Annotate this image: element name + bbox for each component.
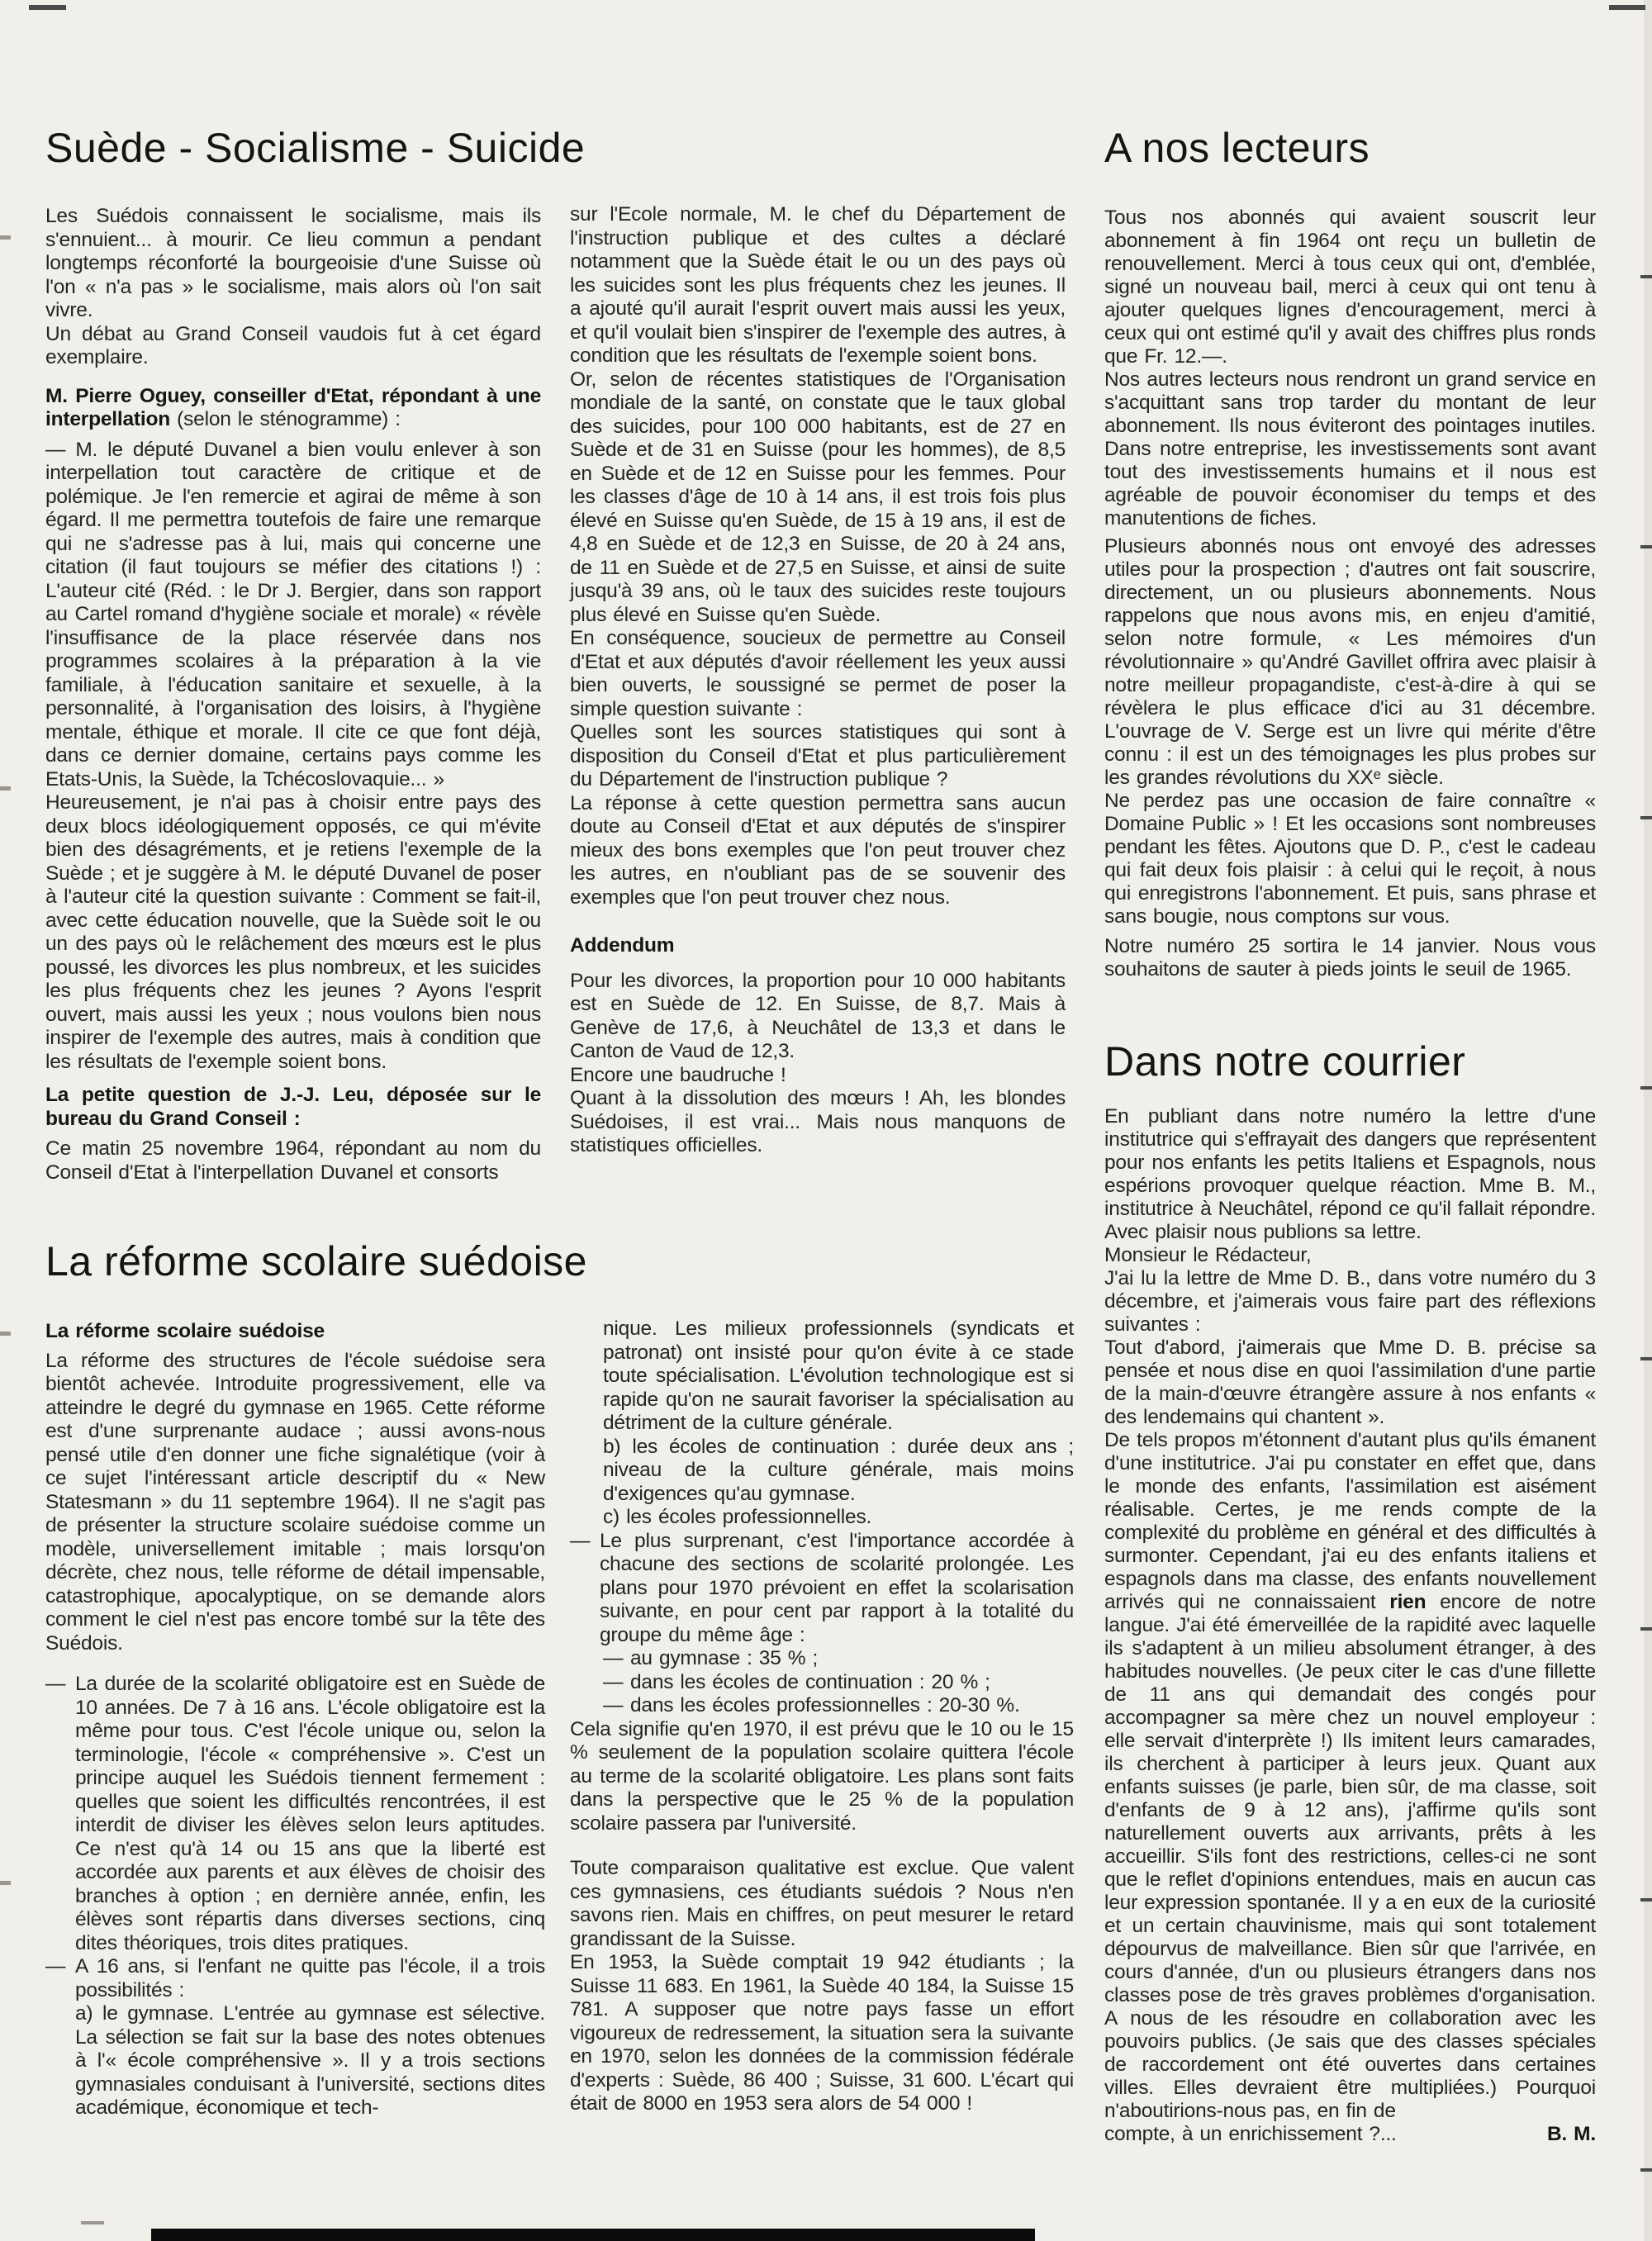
crop-mark-right-3 [1640,816,1652,819]
paragraph: Nos autres lecteurs nous rendront un gra… [1104,368,1596,530]
paragraph: Un débat au Grand Conseil vaudois fut à … [45,323,541,370]
paragraph: — M. le député Duvanel a bien voulu enle… [45,439,541,792]
dash-marker: — [45,1955,75,1979]
paragraph: Quant à la dissolution des mœurs ! Ah, l… [570,1087,1066,1158]
dash-marker: — [603,1694,630,1718]
paragraph: a) le gymnase. L'entrée au gymnase est s… [75,2002,545,2120]
paragraph: sur l'Ecole normale, M. le chef du Dépar… [570,203,1066,368]
paragraph: La durée de la scolarité obligatoire est… [75,1673,545,1955]
letter-signature-row: compte, à un enrichissement ?... B. M. [1104,2123,1596,2146]
sub-list-item-body: au gymnase : 35 % ; [630,1647,1074,1671]
letter-emphasis: rien [1389,1591,1426,1613]
article-reforme-column-2: nique. Les milieux professionnels (syndi… [570,1318,1074,2116]
paragraph: A 16 ans, si l'enfant ne quitte pas l'éc… [75,1955,545,2002]
paragraph-lead-in: M. Pierre Oguey, conseiller d'Etat, répo… [45,385,541,432]
dash-marker: — [603,1647,630,1671]
sub-list-item: — au gymnase : 35 % ; [603,1647,1074,1671]
list-item-body: A 16 ans, si l'enfant ne quitte pas l'éc… [75,1955,545,2120]
scan-bottom-bar [151,2229,1035,2241]
list-item-body: Le plus surprenant, c'est l'importance a… [600,1530,1074,1648]
paragraph: b) les écoles de continuation : durée de… [603,1436,1074,1507]
paragraph: Cela signifie qu'en 1970, il est prévu q… [570,1718,1074,1836]
article-suede-column-1: Les Suédois connaissent le socialisme, m… [45,205,541,1185]
paragraph-continuation: nique. Les milieux professionnels (syndi… [603,1318,1074,1436]
letter-signature: B. M. [1547,2123,1596,2146]
paragraph: Tous nos abonnés qui avaient souscrit le… [1104,207,1596,368]
article-suede-title: Suède - Socialisme - Suicide [45,124,585,172]
list-item: — La durée de la scolarité obligatoire e… [45,1673,545,1955]
paragraph: Pour les divorces, la proportion pour 10… [570,970,1066,1064]
dash-marker: — [603,1671,630,1695]
letter-last-line: compte, à un enrichissement ?... [1104,2123,1397,2146]
paragraph: Encore une baudruche ! [570,1064,1066,1088]
sub-list-item: — dans les écoles professionnelles : 20-… [603,1694,1074,1718]
paragraph: Ne perdez pas une occasion de faire conn… [1104,790,1596,928]
crop-mark-right-1 [1640,275,1652,278]
article-courrier-title: Dans notre courrier [1104,1037,1465,1085]
letter-text: De tels propos m'étonnent d'autant plus … [1104,1429,1596,1613]
paragraph: Plusieurs abonnés nous ont envoyé des ad… [1104,535,1596,790]
sub-list-item-body: dans les écoles professionnelles : 20-30… [630,1694,1074,1718]
crop-mark-right-8 [1640,2168,1652,2172]
crop-mark-top-left [29,5,66,10]
article-suede-column-2: sur l'Ecole normale, M. le chef du Dépar… [570,203,1066,1158]
sub-list-item-body: dans les écoles de continuation : 20 % ; [630,1671,1074,1695]
paragraph: Heureusement, je n'ai pas à choisir entr… [45,791,541,1074]
paragraph: c) les écoles professionnelles. [603,1506,1074,1530]
paragraph: En publiant dans notre numéro la lettre … [1104,1105,1596,1244]
crop-mark-right-2 [1640,545,1652,548]
paragraph: Le plus surprenant, c'est l'importance a… [600,1530,1074,1648]
paragraph: La réforme des structures de l'école sué… [45,1350,545,1656]
paragraph: En conséquence, soucieux de permettre au… [570,627,1066,721]
addendum-heading: Addendum [570,934,1066,958]
letter-salutation: Monsieur le Rédacteur, [1104,1244,1596,1267]
paragraph: au gymnase : 35 % ; [630,1647,1074,1671]
article-reforme-column-1: La réforme scolaire suédoise La réforme … [45,1320,545,2120]
crop-mark-top-right [1609,5,1645,10]
paragraph: Les Suédois connaissent le socialisme, m… [45,205,541,323]
article-lecteurs-column: Tous nos abonnés qui avaient souscrit le… [1104,207,1596,981]
crop-mark-left-2 [0,786,11,791]
crop-mark-left-3 [0,1332,11,1336]
crop-mark-right-6 [1640,1627,1652,1631]
sub-list-item: — dans les écoles de continuation : 20 %… [603,1671,1074,1695]
paragraph: La réponse à cette question permettra sa… [570,792,1066,910]
paragraph: J'ai lu la lettre de Mme D. B., dans vot… [1104,1267,1596,1337]
crop-mark-right-5 [1640,1357,1652,1360]
paragraph: Quelles sont les sources statistiques qu… [570,721,1066,792]
crop-mark-right-4 [1640,1086,1652,1090]
letter-text: encore de notre langue. J'ai été émervei… [1104,1591,1596,2122]
paragraph: dans les écoles professionnelles : 20-30… [630,1694,1074,1718]
crop-mark-right-7 [1640,1898,1652,1902]
lead-in-rest: (selon le sténogramme) : [177,408,401,430]
paragraph: Notre numéro 25 sortira le 14 janvier. N… [1104,935,1596,981]
paragraph: Toute comparaison qualitative est exclue… [570,1857,1074,1951]
newspaper-page: Suède - Socialisme - Suicide Les Suédois… [0,0,1652,2241]
list-item-body: La durée de la scolarité obligatoire est… [75,1673,545,1955]
article-lecteurs-title: A nos lecteurs [1104,124,1370,172]
paragraph: En 1953, la Suède comptait 19 942 étudia… [570,1951,1074,2116]
list-item: — A 16 ans, si l'enfant ne quitte pas l'… [45,1955,545,2120]
paragraph: dans les écoles de continuation : 20 % ; [630,1671,1074,1695]
paragraph-lead-in: La petite question de J.-J. Leu, déposée… [45,1084,541,1131]
list-item: — Le plus surprenant, c'est l'importance… [570,1530,1074,1648]
scan-edge-shade [1644,0,1652,2241]
article-reforme-subhead: La réforme scolaire suédoise [45,1320,545,1344]
paragraph: De tels propos m'étonnent d'autant plus … [1104,1429,1596,2123]
dash-marker: — [570,1530,600,1554]
paragraph: Or, selon de récentes statistiques de l'… [570,368,1066,628]
dash-marker: — [45,1673,75,1697]
article-courrier-column: En publiant dans notre numéro la lettre … [1104,1105,1596,2146]
paragraph: Tout d'abord, j'aimerais que Mme D. B. p… [1104,1337,1596,1429]
crop-mark-left-4 [0,1881,11,1885]
crop-mark-bottom-left [81,2221,104,2224]
crop-mark-left-1 [0,235,11,240]
article-reforme-title: La réforme scolaire suédoise [45,1237,587,1285]
paragraph: Ce matin 25 novembre 1964, répondant au … [45,1137,541,1185]
